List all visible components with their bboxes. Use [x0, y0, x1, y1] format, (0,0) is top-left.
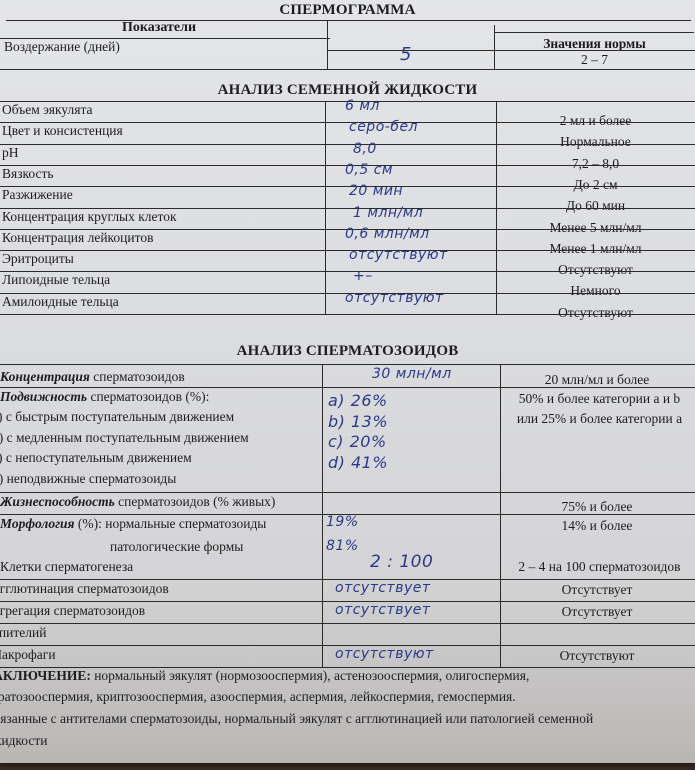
motility-category-label: b) с медленным поступательным движением: [0, 430, 249, 446]
fluid-row-label: Липоидные тельца: [2, 272, 110, 288]
sperm-analysis-title: АНАЛИЗ СПЕРМАТОЗОИДОВ: [0, 343, 695, 360]
divider: [0, 387, 695, 388]
motility-label: Подвижность сперматозоидов (%):: [0, 389, 209, 405]
fluid-row-label: Концентрация лейкоцитов: [2, 230, 153, 246]
fluid-row-label: Разжижение: [2, 187, 73, 203]
divider: [0, 144, 695, 145]
conclusion-text1: нормальный эякулят (нормозооспермия), ас…: [91, 668, 530, 683]
motility-category-label: d) неподвижные сперматозоиды: [0, 471, 176, 487]
fluid-row-value: серо-бел: [349, 119, 418, 135]
morphology-label-rest: (%): нормальные сперматозоиды: [75, 516, 267, 531]
fluid-row-value: +–: [353, 268, 373, 284]
fluid-row-value: 0,5 см: [345, 162, 393, 178]
divider: [0, 250, 695, 251]
concentration-label-em: Концентрация: [0, 369, 90, 384]
concentration-label: Концентрация сперматозоидов: [0, 369, 185, 385]
fluid-row-norm: Менее 5 млн/мл: [498, 220, 693, 236]
fluid-row-value: отсутствуют: [345, 290, 444, 306]
fluid-row-norm: До 60 мин: [498, 198, 693, 214]
document-title: СПЕРМОГРАММА: [0, 2, 695, 19]
fluid-row-value: 0,6 млн/мл: [345, 226, 430, 242]
fluid-row-label: Вязкость: [2, 166, 54, 182]
motility-category-label: c) с непоступательным движением: [0, 450, 192, 466]
fluid-row-label: Амилоидные тельца: [2, 294, 119, 310]
sperm-row-norm: Отсутствует: [502, 604, 692, 620]
sperm-row-norm: Отсутствуют: [502, 648, 692, 664]
spermatogenesis-norm: 2 – 4 на 100 сперматозоидов: [502, 559, 695, 575]
viability-label: Жизнеспособность сперматозоидов (% живых…: [0, 494, 275, 510]
conclusion-line4: жидкости: [0, 730, 692, 751]
fluid-row-norm: 7,2 – 8,0: [498, 156, 693, 172]
motility-category-value: b) 13%: [328, 412, 388, 431]
conclusion-line2: тератозооспермия, криптозооспермия, азоо…: [0, 686, 686, 707]
fluid-row-norm: Нормальное: [498, 134, 693, 150]
sperm-row-value: отсутствует: [335, 580, 431, 596]
concentration-label-rest: сперматозоидов: [90, 369, 185, 384]
header-indicators: Показатели: [122, 20, 196, 36]
seminal-fluid-title: АНАЛИЗ СЕМЕННОЙ ЖИДКОСТИ: [0, 82, 695, 99]
conclusion-line3: Связанные с антителами сперматозоиды, но…: [0, 708, 685, 729]
viability-label-rest: сперматозоидов (% живых): [115, 494, 276, 509]
fluid-row-value: 1 млн/мл: [353, 205, 423, 221]
fluid-row-value: 6 мл: [345, 98, 380, 114]
divider: [500, 364, 501, 667]
spermatogenesis-value: 2 : 100: [370, 552, 433, 572]
divider: [0, 623, 695, 624]
morphology-norm: 14% и более: [502, 518, 692, 534]
sperm-row-label: Агглютинация сперматозоидов: [0, 581, 169, 597]
fluid-row-label: pH: [2, 145, 19, 161]
spermogram-form: СПЕРМОГРАММА Показатели Воздержание (дне…: [0, 0, 695, 763]
divider: [0, 492, 695, 493]
divider: [327, 50, 695, 51]
viability-label-em: Жизнеспособность: [0, 494, 115, 509]
morphology-label: Морфология (%): нормальные сперматозоиды: [0, 516, 266, 532]
spermatogenesis-label: Клетки сперматогенеза: [0, 559, 133, 575]
fluid-row-value: 20 мин: [349, 183, 403, 199]
fluid-row-label: Концентрация круглых клеток: [2, 209, 177, 225]
sperm-row-norm: Отсутствует: [502, 582, 692, 598]
divider: [0, 69, 695, 70]
motility-category-value: c) 20%: [328, 432, 387, 451]
divider: [0, 364, 695, 365]
fluid-row-label: Эритроциты: [2, 251, 74, 267]
divider: [0, 314, 695, 315]
fluid-row-label: Цвет и консистенция: [2, 123, 123, 139]
motility-norm-line1: 50% и более категории a и b: [502, 391, 695, 407]
sperm-row-value: отсутствуют: [335, 646, 434, 662]
fluid-row-norm: Менее 1 млн/мл: [498, 241, 693, 257]
motility-label-rest: сперматозоидов (%):: [87, 389, 209, 404]
conclusion-line1: ЗАКЛЮЧЕНИЕ: нормальный эякулят (нормозоо…: [0, 665, 686, 686]
motility-label-em: Подвижность: [0, 389, 87, 404]
concentration-value: 30 млн/мл: [372, 366, 452, 382]
fluid-row-norm: Отсутствуют: [498, 305, 693, 321]
conclusion-label: ЗАКЛЮЧЕНИЕ:: [0, 668, 91, 683]
concentration-norm: 20 млн/мл и более: [502, 372, 692, 388]
motility-category-value: a) 26%: [328, 391, 388, 410]
morphology-label-em: Морфология: [0, 516, 75, 531]
sperm-row-label: Эпителий: [0, 625, 46, 641]
abstinence-label: Воздержание (дней): [4, 39, 120, 55]
fluid-row-norm: 2 мл и более: [498, 113, 693, 129]
abstinence-value: 5: [400, 44, 412, 65]
morphology-normal-value: 19%: [326, 514, 359, 530]
motility-category-value: d) 41%: [328, 453, 388, 472]
divider: [494, 32, 694, 33]
abstinence-norm: 2 – 7: [497, 52, 692, 68]
viability-norm: 75% и более: [502, 499, 692, 515]
motility-category-label: a) с быстрым поступательным движением: [0, 409, 234, 425]
sperm-row-label: Агрегация сперматозоидов: [0, 603, 145, 619]
motility-norm-line2: или 25% и более категории a: [502, 411, 695, 427]
fluid-row-label: Объем эякулята: [2, 102, 93, 118]
fluid-row-value: отсутствуют: [349, 247, 448, 263]
sperm-row-label: Макрофаги: [0, 647, 56, 663]
divider: [6, 20, 691, 21]
fluid-row-norm: Немного: [498, 283, 693, 299]
fluid-row-norm: Отсутствуют: [498, 262, 693, 278]
fluid-row-norm: До 2 см: [498, 177, 693, 193]
divider: [327, 20, 328, 70]
fluid-row-value: 8,0: [353, 141, 377, 157]
divider: [322, 364, 323, 667]
morphology-pathological-label: патологические формы: [110, 539, 243, 555]
divider: [0, 186, 695, 187]
sperm-row-value: отсутствует: [335, 602, 431, 618]
morphology-pathological-value: 81%: [326, 538, 359, 554]
